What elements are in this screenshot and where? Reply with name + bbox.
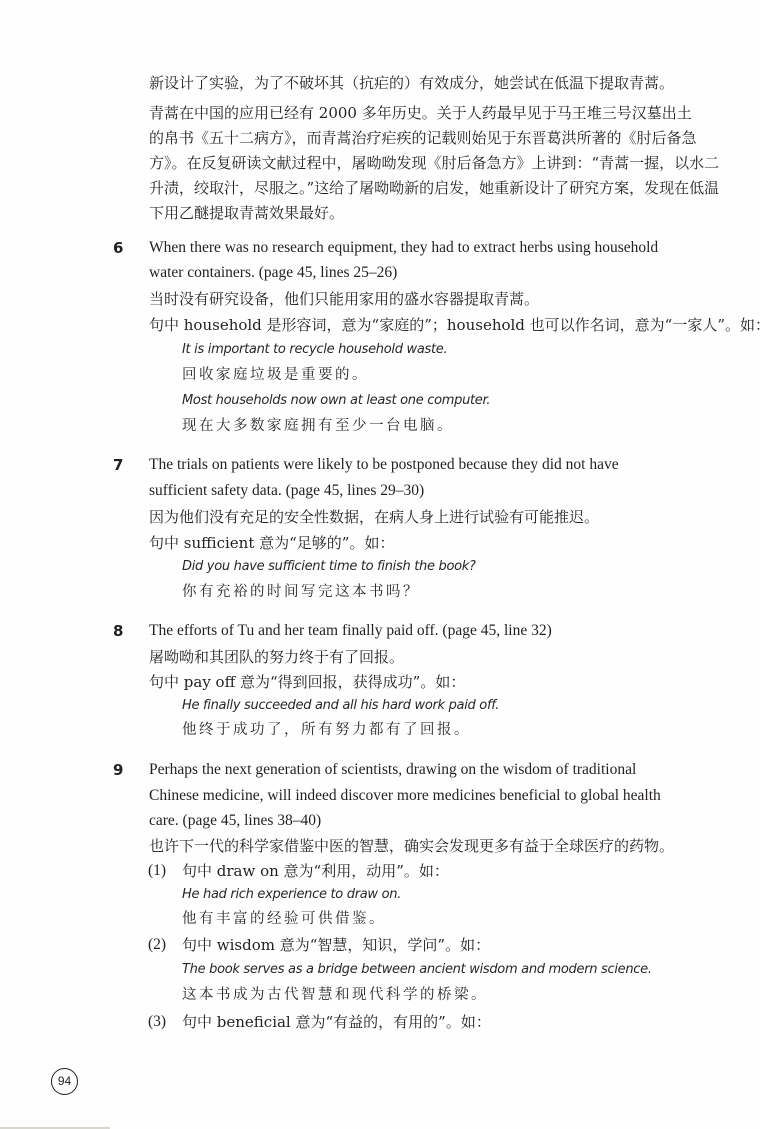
item-number-7: 7 — [113, 455, 123, 475]
subnote-label-3: (3) — [148, 1012, 166, 1032]
item-7-translation: 因为他们没有充足的安全性数据，在病人身上进行试验有可能推迟。 — [149, 507, 599, 527]
intro-line-2: 青蒿在中国的应用已经有 2000 多年历史。关于人药最早见于马王堆三号汉墓出土 — [149, 103, 692, 123]
item-7-english-1: The trials on patients were likely to be… — [149, 455, 619, 475]
item-8-example-1-cn: 他终于成功了，所有努力都有了回报。 — [182, 720, 471, 740]
item-number-6: 6 — [113, 238, 123, 258]
subnote-3-note: 句中 beneficial 意为“有益的，有用的”。如： — [182, 1012, 491, 1032]
intro-line-1: 新设计了实验，为了不破坏其（抗疟的）有效成分，她尝试在低温下提取青蒿。 — [149, 73, 674, 93]
item-6-note: 句中 household 是形容词，意为“家庭的”；household 也可以作… — [149, 315, 760, 335]
item-8-english-1: The efforts of Tu and her team finally p… — [149, 621, 552, 641]
item-9-english-1: Perhaps the next generation of scientist… — [149, 760, 636, 780]
item-9-translation: 也许下一代的科学家借鉴中医的智慧，确实会发现更多有益于全球医疗的药物。 — [149, 836, 674, 856]
item-6-english-1: When there was no research equipment, th… — [149, 238, 658, 258]
item-6-example-2-cn: 现在大多数家庭拥有至少一台电脑。 — [182, 416, 454, 436]
item-9-english-2: Chinese medicine, will indeed discover m… — [149, 786, 661, 806]
item-9-english-3: care. (page 45, lines 38–40) — [149, 811, 321, 831]
item-8-example-1-en: He finally succeeded and all his hard wo… — [182, 697, 499, 715]
intro-line-3: 的帛书《五十二病方》，而青蒿治疗疟疾的记载则始见于东晋葛洪所著的《肘后备急 — [149, 128, 697, 148]
item-7-example-1-en: Did you have sufficient time to finish t… — [182, 558, 476, 576]
subnote-2-example-en: The book serves as a bridge between anci… — [182, 961, 652, 979]
item-6-english-2: water containers. (page 45, lines 25–26) — [149, 263, 397, 283]
subnote-1-example-cn: 他有丰富的经验可供借鉴。 — [182, 909, 386, 929]
intro-line-5: 升渍，绞取汁，尽服之。”这给了屠呦呦新的启发，她重新设计了研究方案，发现在低温 — [149, 178, 719, 198]
item-8-translation: 屠呦呦和其团队的努力终于有了回报。 — [149, 647, 404, 667]
subnote-2-example-cn: 这本书成为古代智慧和现代科学的桥梁。 — [182, 985, 488, 1005]
item-8-note: 句中 pay off 意为“得到回报，获得成功”。如： — [149, 672, 465, 692]
subnote-1-note: 句中 draw on 意为“利用，动用”。如： — [182, 861, 449, 881]
page-number-badge: 94 — [51, 1068, 78, 1095]
subnote-label-1: (1) — [148, 861, 166, 881]
textbook-page: 新设计了实验，为了不破坏其（抗疟的）有效成分，她尝试在低温下提取青蒿。 青蒿在中… — [0, 0, 760, 1129]
intro-line-4: 方》。在反复研读文献过程中，屠呦呦发现《肘后备急方》上讲到：“青蒿一握，以水二 — [149, 153, 719, 173]
item-6-translation: 当时没有研究设备，他们只能用家用的盛水容器提取青蒿。 — [149, 289, 539, 309]
item-7-note: 句中 sufficient 意为“足够的”。如： — [149, 533, 394, 553]
item-number-8: 8 — [113, 621, 123, 641]
subnote-1-example-en: He had rich experience to draw on. — [182, 886, 401, 904]
item-7-example-1-cn: 你有充裕的时间写完这本书吗？ — [182, 582, 420, 602]
item-number-9: 9 — [113, 760, 123, 780]
item-7-english-2: sufficient safety data. (page 45, lines … — [149, 481, 424, 501]
intro-line-6: 下用乙醚提取青蒿效果最好。 — [149, 203, 344, 223]
item-6-example-1-en: It is important to recycle household was… — [182, 341, 447, 359]
item-6-example-2-en: Most households now own at least one com… — [182, 392, 490, 410]
item-6-example-1-cn: 回收家庭垃圾是重要的。 — [182, 365, 369, 385]
subnote-2-note: 句中 wisdom 意为“智慧，知识，学问”。如： — [182, 935, 490, 955]
subnote-label-2: (2) — [148, 935, 166, 955]
